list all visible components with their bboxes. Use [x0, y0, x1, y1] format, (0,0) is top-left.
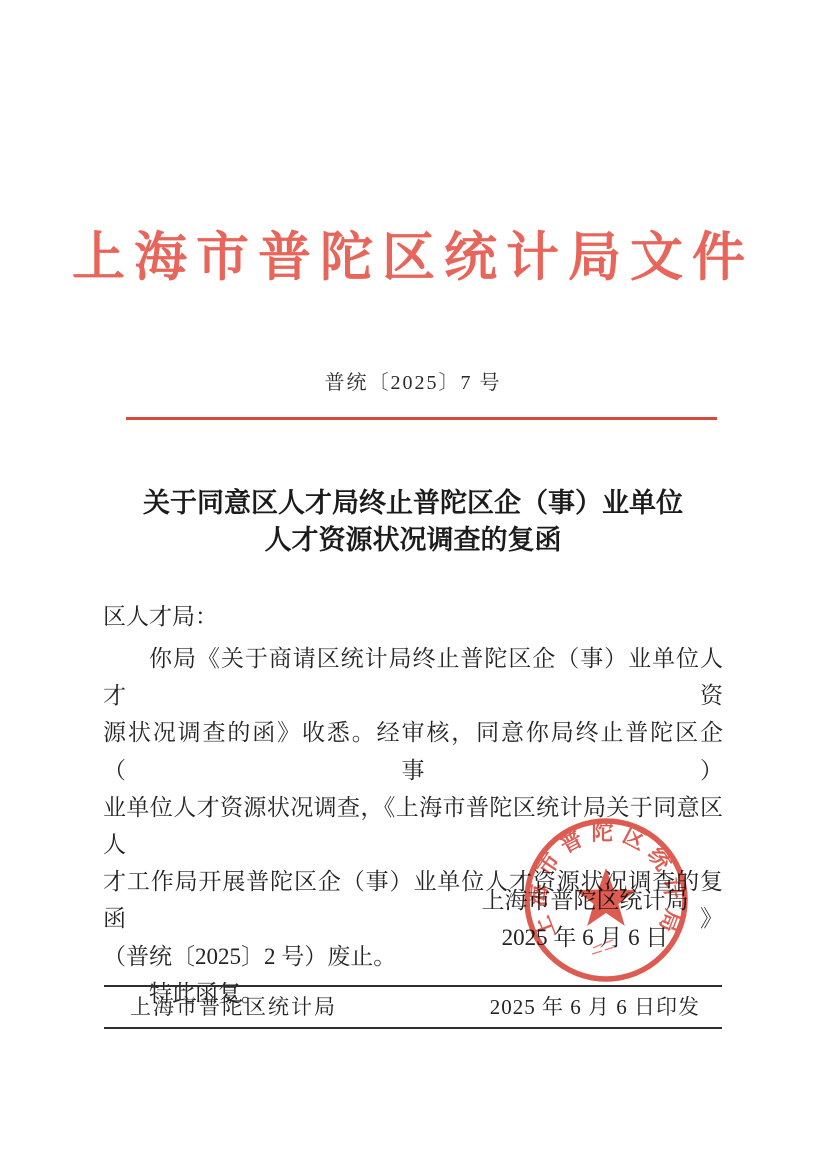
document-title: 关于同意区人才局终止普陀区企（事）业单位 人才资源状况调查的复函 [0, 485, 826, 559]
document-number: 普统〔2025〕7 号 [0, 369, 826, 397]
body-line: 你局《关于商请区统计局终止普陀区企（事）业单位人才资 [103, 640, 723, 714]
letterhead-divider [126, 417, 717, 420]
footer-issuer: 上海市普陀区统计局 [130, 995, 337, 1019]
document-title-line2: 人才资源状况调查的复函 [0, 522, 826, 559]
body-line: 源状况调查的函》收悉。经审核，同意你局终止普陀区企（事） [103, 714, 723, 788]
footer-divider-bottom [104, 1027, 722, 1029]
footer-divider-top [104, 985, 722, 987]
document-title-line1: 关于同意区人才局终止普陀区企（事）业单位 [0, 485, 826, 522]
footer-print-date: 2025 年 6 月 6 日印发 [490, 995, 700, 1019]
seal-star [576, 868, 637, 926]
salutation: 区人才局： [103, 602, 218, 632]
seal-code-marks [592, 940, 614, 954]
letterhead-title: 上海市普陀区统计局文件 [0, 226, 826, 290]
document-page: 上海市普陀区统计局文件 普统〔2025〕7 号 关于同意区人才局终止普陀区企（事… [0, 0, 826, 1169]
official-seal: 上海市普陀区统计局 [521, 815, 691, 985]
